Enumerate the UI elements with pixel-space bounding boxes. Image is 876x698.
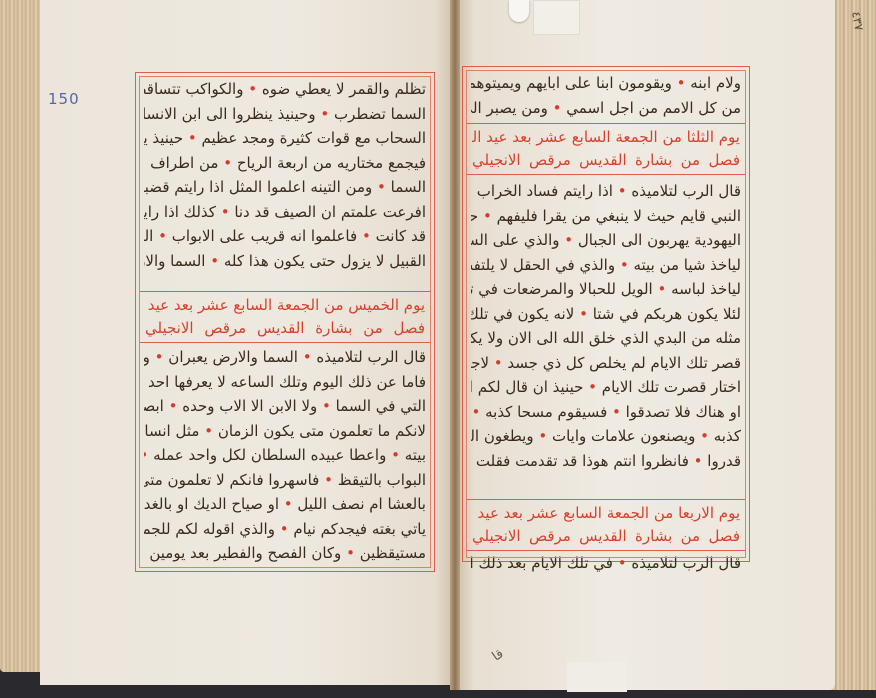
left-block-1: تظلم والقمر لا يعطي ضوه • والكواكب تتساق… <box>144 77 426 273</box>
verse-separator-icon: • <box>618 182 627 200</box>
book-gutter <box>450 0 460 690</box>
text-line: مثله من البدي الذي خلق الله الى الان ولا… <box>471 326 741 351</box>
text-line: لانكم ما تعلمون متى يكون الزمان • مثل ان… <box>144 419 426 444</box>
verse-separator-icon: • <box>362 227 371 245</box>
right-text-frame: ولام ابنه • ويقومون ابنا على ابايهم ويمي… <box>462 66 750 562</box>
text-line: لياخذ شيا من بيته • والذي في الحقل لا يل… <box>471 253 741 278</box>
verse-separator-icon: • <box>169 397 178 415</box>
text-line: قال الرب لتلاميذه • في تلك الايام بعد ذل… <box>471 551 741 576</box>
verse-separator-icon: • <box>280 520 289 538</box>
text-line: التي في السما • ولا الابن الا الاب وحده … <box>144 394 426 419</box>
rubric-line: فصل من بشارة القديس مرقص الانجيلي <box>472 525 740 548</box>
verse-separator-icon: • <box>204 422 213 440</box>
rubric-line: يوم الخميس من الجمعة السابع عشر بعد عيد … <box>145 294 425 317</box>
right-rubric-heading-2: يوم الاربعا من الجمعة السابع عشر بعد عيد… <box>466 499 746 551</box>
text-line: او هناك فلا تصدقوا • فسيقوم مسحا كذبه • … <box>471 400 741 425</box>
verse-separator-icon: • <box>223 154 232 172</box>
text-line: قدروا • فانظروا انتم هوذا قد تقدمت فقلت … <box>471 449 741 474</box>
verse-separator-icon: • <box>483 207 492 225</box>
rubric-line: يوم الاربعا من الجمعة السابع عشر بعد عيد… <box>472 502 740 525</box>
text-line: فاما عن ذلك اليوم وتلك الساعه لا يعرفها … <box>144 370 426 395</box>
verse-separator-icon: • <box>322 397 331 415</box>
verse-separator-icon: • <box>494 354 503 372</box>
verse-separator-icon: • <box>324 471 333 489</box>
rubric-line: يوم الثلثا من الجمعة السابع عشر بعد عيد … <box>472 126 740 149</box>
verse-separator-icon: • <box>158 227 167 245</box>
page-clip-icon <box>509 0 529 22</box>
verse-separator-icon: • <box>155 348 164 366</box>
verse-separator-icon: • <box>144 544 145 562</box>
verse-separator-icon: • <box>210 252 219 270</box>
text-line: من كل الامم من اجل اسمي • ومن يصبر الى ا… <box>471 96 741 121</box>
verse-separator-icon: • <box>618 554 627 572</box>
text-line: القبيل لا يزول حتى يكون هذا كله • السما … <box>144 249 426 274</box>
verse-separator-icon: • <box>694 452 703 470</box>
text-line: البواب بالتيقظ • فاسهروا فانكم لا تعلمون… <box>144 468 426 493</box>
right-block-2: قال الرب لتلاميذه • اذا رايتم فساد الخرا… <box>471 179 741 473</box>
verse-separator-icon: • <box>658 280 667 298</box>
verse-separator-icon: • <box>612 403 621 421</box>
verse-separator-icon: • <box>553 99 562 117</box>
left-block-2: قال الرب لتلاميذه • السما والارض يعبران … <box>144 345 426 566</box>
text-line: السما تضطرب • وحينيذ ينظروا الى ابن الان… <box>144 102 426 127</box>
text-line: افرعت علمتم ان الصيف قد دنا • كذلك اذا ر… <box>144 200 426 225</box>
verse-separator-icon: • <box>221 203 230 221</box>
verse-separator-icon: • <box>620 256 629 274</box>
verse-separator-icon: • <box>391 446 400 464</box>
left-rubric-heading: يوم الخميس من الجمعة السابع عشر بعد عيد … <box>139 291 431 343</box>
verse-separator-icon: • <box>377 178 386 196</box>
text-line: النبي قايم حيث لا ينبغي من يقرا فليفهم •… <box>471 204 741 229</box>
text-line: بيته • واعطا عبيده السلطان لكل واحد عمله… <box>144 443 426 468</box>
bottom-paper-tab <box>567 662 627 692</box>
text-line: قال الرب لتلاميذه • السما والارض يعبران … <box>144 345 426 370</box>
text-line: ياتي بغته فيجدكم نيام • والذي اقوله لكم … <box>144 517 426 542</box>
text-line: بالعشا ام نصف الليل • او صياح الديك او ب… <box>144 492 426 517</box>
verse-separator-icon: • <box>320 105 329 123</box>
verse-separator-icon: • <box>346 544 355 562</box>
text-line: قد كانت • فاعلموا انه قريب على الابواب •… <box>144 224 426 249</box>
text-line: السحاب مع قوات كثيرة ومجد عظيم • حينيذ ي… <box>144 126 426 151</box>
verse-separator-icon: • <box>564 231 573 249</box>
right-block-3: قال الرب لتلاميذه • في تلك الايام بعد ذل… <box>471 551 741 576</box>
text-line: اليهودية يهربون الى الجبال • والذي على ا… <box>471 228 741 253</box>
text-line: كذبه • ويصنعون علامات وايات • ويطغون الم… <box>471 424 741 449</box>
rubric-line: فصل من بشارة القديس مرقص الانجيلي <box>145 317 425 340</box>
text-line: فيجمع مختاريه من اربعة الرياح • من اطراف… <box>144 151 426 176</box>
text-line: قال الرب لتلاميذه • اذا رايتم فساد الخرا… <box>471 179 741 204</box>
text-line: اختار قصرت تلك الايام • حينيذ ان قال لكم… <box>471 375 741 400</box>
verse-separator-icon: • <box>248 80 257 98</box>
left-text-frame: تظلم والقمر لا يعطي ضوه • والكواكب تتساق… <box>135 72 435 572</box>
verse-separator-icon: • <box>579 305 588 323</box>
verse-separator-icon: • <box>677 74 686 92</box>
text-line: قصر تلك الايام لم يخلص كل ذي جسد • لاجل … <box>471 351 741 376</box>
open-manuscript: 150 ٤٣٧ قا تظلم والقمر لا يعطي ضوه • وال… <box>0 0 876 690</box>
text-line: ولام ابنه • ويقومون ابنا على ابايهم ويمي… <box>471 71 741 96</box>
verse-separator-icon: • <box>303 348 312 366</box>
left-fore-edge <box>0 0 42 672</box>
verse-separator-icon: • <box>284 495 293 513</box>
text-line: تظلم والقمر لا يعطي ضوه • والكواكب تتساق… <box>144 77 426 102</box>
right-rubric-heading-1: يوم الثلثا من الجمعة السابع عشر بعد عيد … <box>466 123 746 175</box>
text-line: مستيقظين • وكان الفصح والفطير بعد يومين … <box>144 541 426 566</box>
text-line: لئلا يكون هربكم في شتا • لانه يكون في تل… <box>471 302 741 327</box>
right-block-1: ولام ابنه • ويقومون ابنا على ابايهم ويمي… <box>471 71 741 120</box>
verse-separator-icon: • <box>700 427 709 445</box>
rubric-line: فصل من بشارة القديس مرقص الانجيلي <box>472 149 740 172</box>
paper-tab <box>533 0 580 35</box>
verse-separator-icon: • <box>538 427 547 445</box>
verse-separator-icon: • <box>144 446 148 464</box>
verse-separator-icon: • <box>588 378 597 396</box>
folio-number: 150 <box>48 90 80 108</box>
verse-separator-icon: • <box>471 403 480 421</box>
text-line: لياخذ لباسه • الويل للحبالا والمرضعات في… <box>471 277 741 302</box>
text-line: السما • ومن التينه اعلموا المثل اذا رايت… <box>144 175 426 200</box>
verse-separator-icon: • <box>188 129 197 147</box>
